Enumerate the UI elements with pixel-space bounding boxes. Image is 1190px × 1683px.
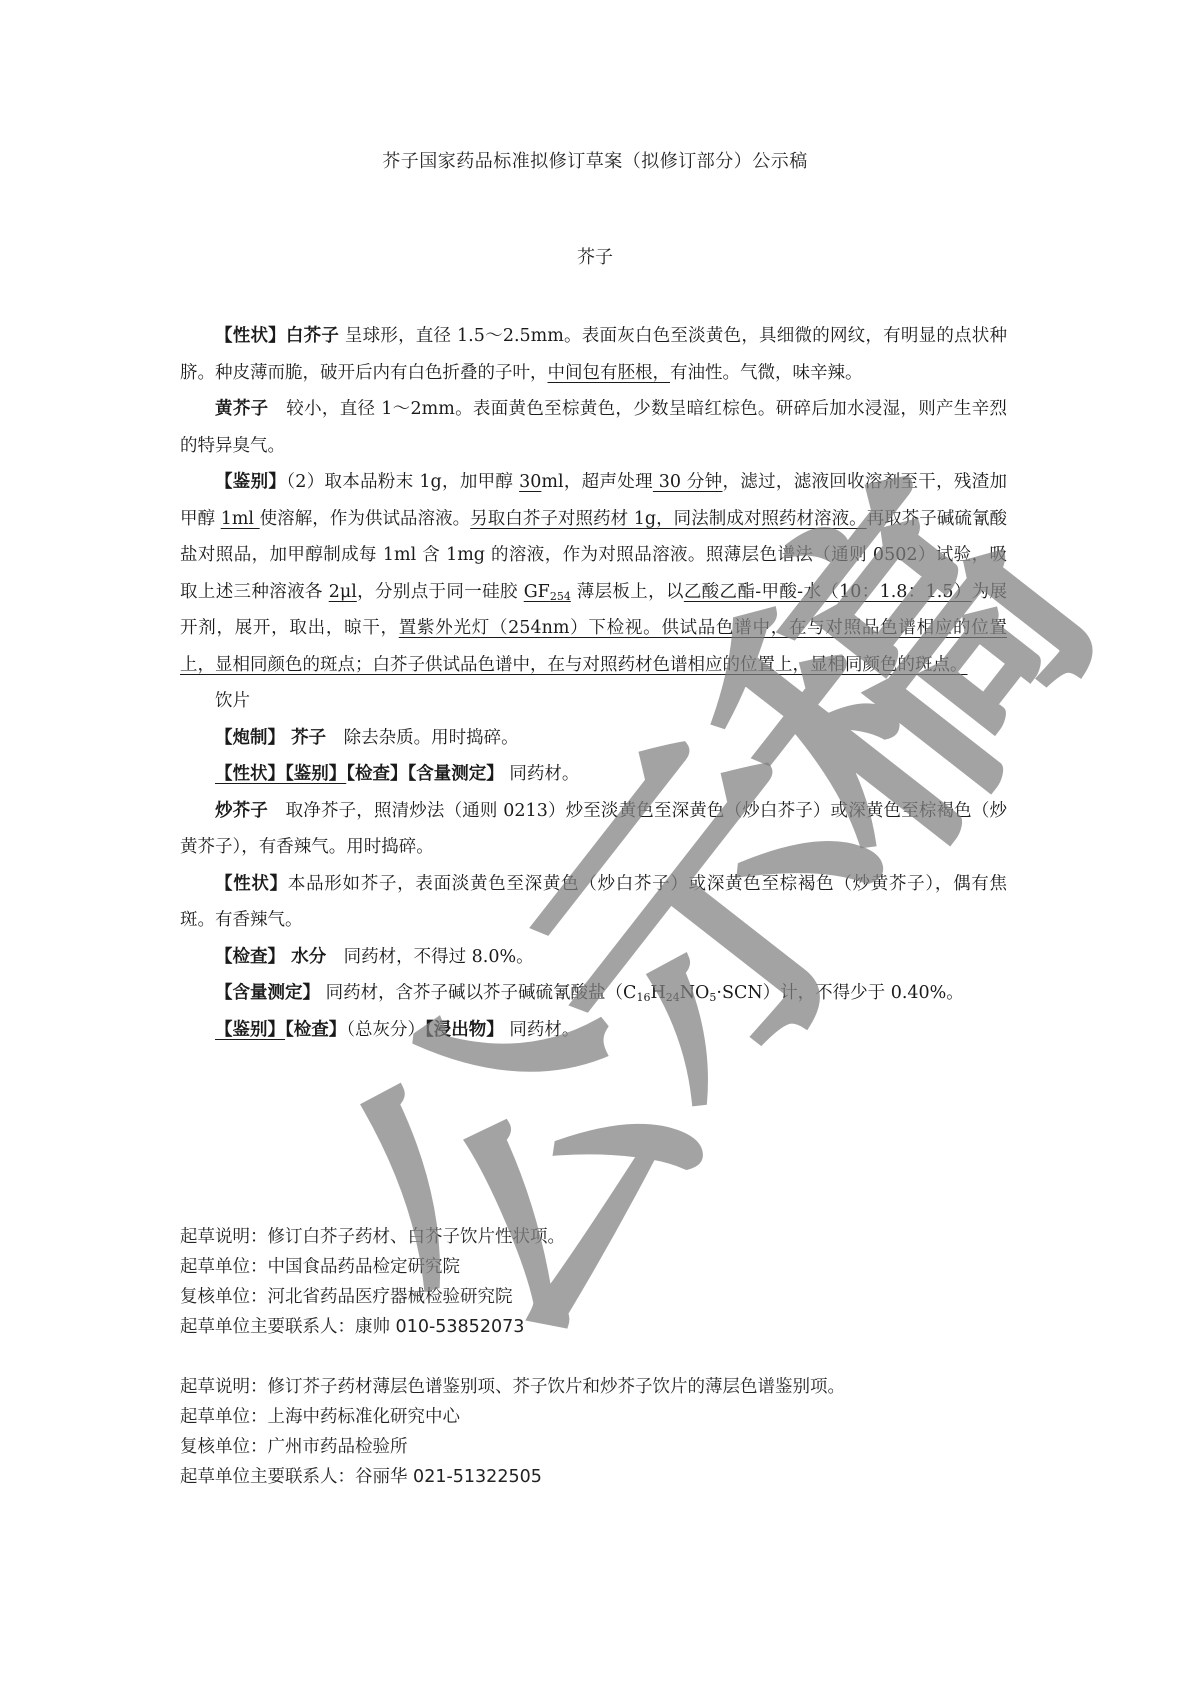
revised-label: 【鉴别】 [215,1020,285,1040]
note-contact: 起草单位主要联系人：康帅 010-53852073 [180,1312,1080,1342]
paragraph-jianbie: 【鉴别】（2）取本品粉末 1g，加甲醇 30ml，超声处理 30 分钟，滤过，滤… [180,464,1007,683]
item-name-huang: 黄芥子 [215,399,268,419]
note-explain: 起草说明：修订芥子药材薄层色谱鉴别项、芥子饮片和炒芥子饮片的薄层色谱鉴别项。 [180,1372,1080,1402]
document-body: 【性状】白芥子 呈球形，直径 1.5～2.5mm。表面灰白色至淡黄色，具细微的网… [180,318,1007,1048]
item-name-jiezi: 芥子 [285,728,326,748]
note-drafter: 起草单位：上海中药标准化研究中心 [180,1402,1080,1432]
text: 同药材，含芥子碱以芥子碱硫氰酸盐（C [320,983,636,1003]
text: 除去杂质。用时捣碎。 [326,728,519,748]
text: 同药材。 [504,764,580,784]
paragraph-chao: 炒芥子 取净芥子，照清炒法（通则 0213）炒至淡黄色至深黄色（炒白芥子）或深黄… [180,793,1007,866]
spacer [180,1342,1080,1372]
revised-labels: 【性状】【鉴别】 [215,764,346,784]
paragraph-xingzhuang-bai: 【性状】白芥子 呈球形，直径 1.5～2.5mm。表面灰白色至淡黄色，具细微的网… [180,318,1007,391]
document-title: 芥子国家药品标准拟修订草案（拟修订部分）公示稿 [0,147,1190,173]
section-labels: 【检查】【含量测定】 [346,764,504,784]
note-explain: 起草说明：修订白芥子药材、白芥子饮片性状项。 [180,1222,1080,1252]
note-reviewer: 复核单位：河北省药品医疗器械检验研究院 [180,1282,1080,1312]
text: ，分别点于同一硅胶 [357,582,524,602]
section-label-hanliang: 【含量测定】 [215,983,320,1003]
subscript: 16 [636,991,650,1004]
text: 取净芥子，照清炒法（通则 0213）炒至淡黄色至深黄色（炒白芥子）或深黄色至棕褐… [180,801,1007,858]
subscript: 24 [666,991,680,1004]
section-label-paozhi: 【炮制】 [215,728,285,748]
text: 使溶解，作为供试品溶液。 [260,509,471,529]
paragraph-chao-same: 【鉴别】【检查】（总灰分）【浸出物】 同药材。 [180,1012,1007,1049]
paragraph-paozhi: 【炮制】 芥子 除去杂质。用时捣碎。 [180,720,1007,757]
revised-text: 中间包有胚根， [548,363,671,383]
revised-text: 另取白芥子对照药材 1g，同法制成对照药材溶液。 [470,509,866,529]
section-label-xingzhuang: 【性状】 [215,874,288,894]
section-label-jiancha: 【检查】 [215,947,285,967]
text: 薄层板上，以 [571,582,684,602]
text: 同药材。 [504,1020,580,1040]
subscript: 254 [550,590,571,603]
note-drafter: 起草单位：中国食品药品检定研究院 [180,1252,1080,1282]
section-label-jiancha: 【检查】 [285,1020,346,1040]
text: ·SCN）计，不得少于 0.40%。 [716,983,963,1003]
paragraph-xingzhuang-huang: 黄芥子 较小，直径 1～2mm。表面黄色至棕黄色，少数呈暗红棕色。研碎后加水浸湿… [180,391,1007,464]
revised-text: 乙酸乙酯-甲酸-水（10：1.8：1.5） [684,582,972,602]
text: （总灰分） [346,1020,425,1040]
revised-text: 30 分钟 [653,472,723,492]
item-name-bai: 白芥子 [286,326,339,346]
paragraph-chao-xingzhuang: 【性状】本品形如芥子，表面淡黄色至深黄色（炒白芥子）或深黄色至棕褐色（炒黄芥子）… [180,866,1007,939]
heading-yinpian: 饮片 [180,683,1007,720]
section-label-jianbie: 【鉴别】 [215,472,286,492]
document-page: 芥子国家药品标准拟修订草案（拟修订部分）公示稿 芥子 【性状】白芥子 呈球形，直… [0,0,1190,1683]
text: ml，超声处理 [541,472,653,492]
paragraph-chao-hanliang: 【含量测定】 同药材，含芥子碱以芥子碱硫氰酸盐（C16H24NO5·SCN）计，… [180,975,1007,1012]
section-label-xingzhuang: 【性状】 [215,326,286,346]
note-contact: 起草单位主要联系人：谷丽华 021-51322505 [180,1462,1080,1492]
text: （2）取本品粉末 1g，加甲醇 [286,472,519,492]
item-name-shuifen: 水分 [285,947,326,967]
text: 较小，直径 1～2mm。表面黄色至棕黄色，少数呈暗红棕色。研碎后加水浸湿，则产生… [180,399,1007,456]
revised-text: 1ml [221,509,260,529]
note-reviewer: 复核单位：广州市药品检验所 [180,1432,1080,1462]
revised-text: GF254 [524,582,571,602]
drafting-notes: 起草说明：修订白芥子药材、白芥子饮片性状项。 起草单位：中国食品药品检定研究院 … [180,1222,1080,1492]
text: GF [524,582,550,602]
section-label-jinchuwu: 【浸出物】 [425,1020,504,1040]
text: NO [680,983,710,1003]
text: 有油性。气微，味辛辣。 [670,363,863,383]
paragraph-chao-jiancha: 【检查】 水分 同药材，不得过 8.0%。 [180,939,1007,976]
text: 本品形如芥子，表面淡黄色至深黄色（炒白芥子）或深黄色至棕褐色（炒黄芥子），偶有焦… [180,874,1007,931]
document-subtitle: 芥子 [0,243,1190,269]
text: H [650,983,665,1003]
item-name-chao: 炒芥子 [215,801,268,821]
paragraph-same-as-herb: 【性状】【鉴别】【检查】【含量测定】 同药材。 [180,756,1007,793]
revised-text: 30 [519,472,541,492]
text: 同药材，不得过 8.0%。 [326,947,534,967]
revised-text: 2μl [329,582,357,602]
